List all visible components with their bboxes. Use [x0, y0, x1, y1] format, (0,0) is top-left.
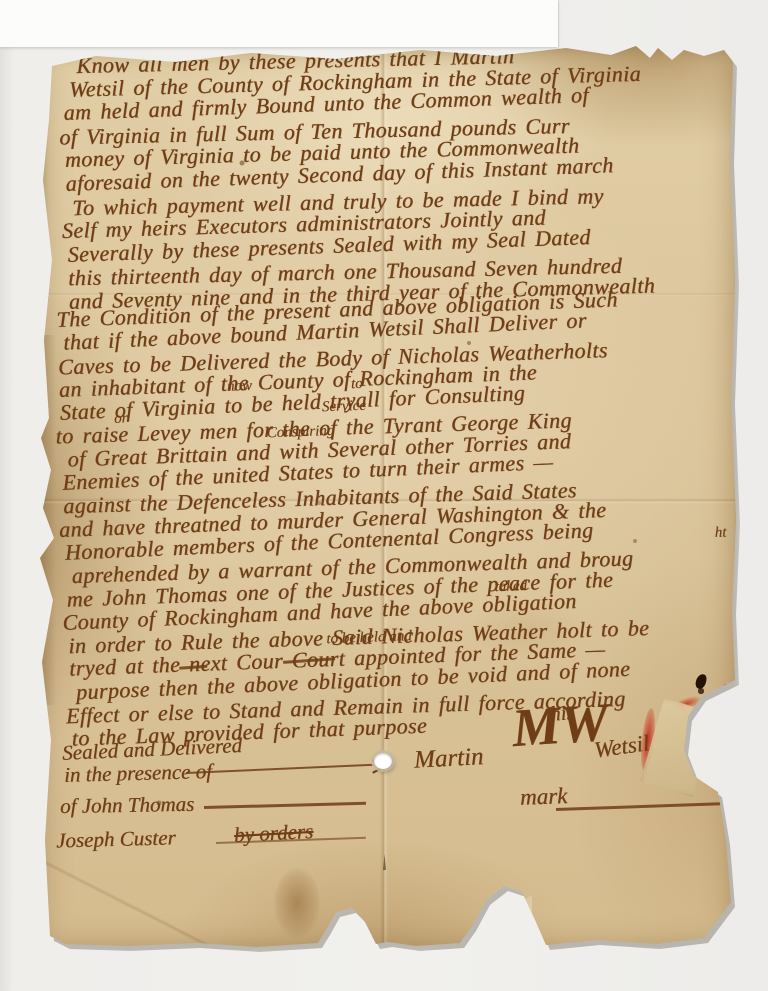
- pen-arrow-line: [186, 764, 374, 774]
- pen-flourish: [204, 802, 366, 809]
- mark-label: mark: [520, 785, 568, 809]
- signature-first-name: Martin: [413, 746, 484, 772]
- pen-flourish: [556, 802, 728, 811]
- witness-name: Joseph Custer: [56, 826, 176, 851]
- scanned-document-page: Know all men by these presents that I Ma…: [0, 0, 768, 991]
- signature-last-name: Wetsil: [593, 732, 651, 761]
- witness-name: of John Thomas: [60, 793, 195, 817]
- backing-sheet: [0, 0, 558, 47]
- handwriting-layer: Know all men by these presents that I Ma…: [36, 40, 738, 952]
- paper-hole: [374, 753, 392, 769]
- opening-paragraph: Know all men by these presents that I Ma…: [62, 38, 655, 314]
- interlinear-insertion: ht: [714, 526, 726, 541]
- manuscript-paper: Know all men by these presents that I Ma…: [36, 40, 738, 952]
- closing-block: his Sealed and Delivered in the presence…: [36, 696, 738, 952]
- signature-monogram: MW: [511, 711, 608, 740]
- condition-paragraph: now to Service or Conspiring ht taked to…: [56, 287, 653, 751]
- attestation-line: Sealed and Delivered: [62, 734, 243, 764]
